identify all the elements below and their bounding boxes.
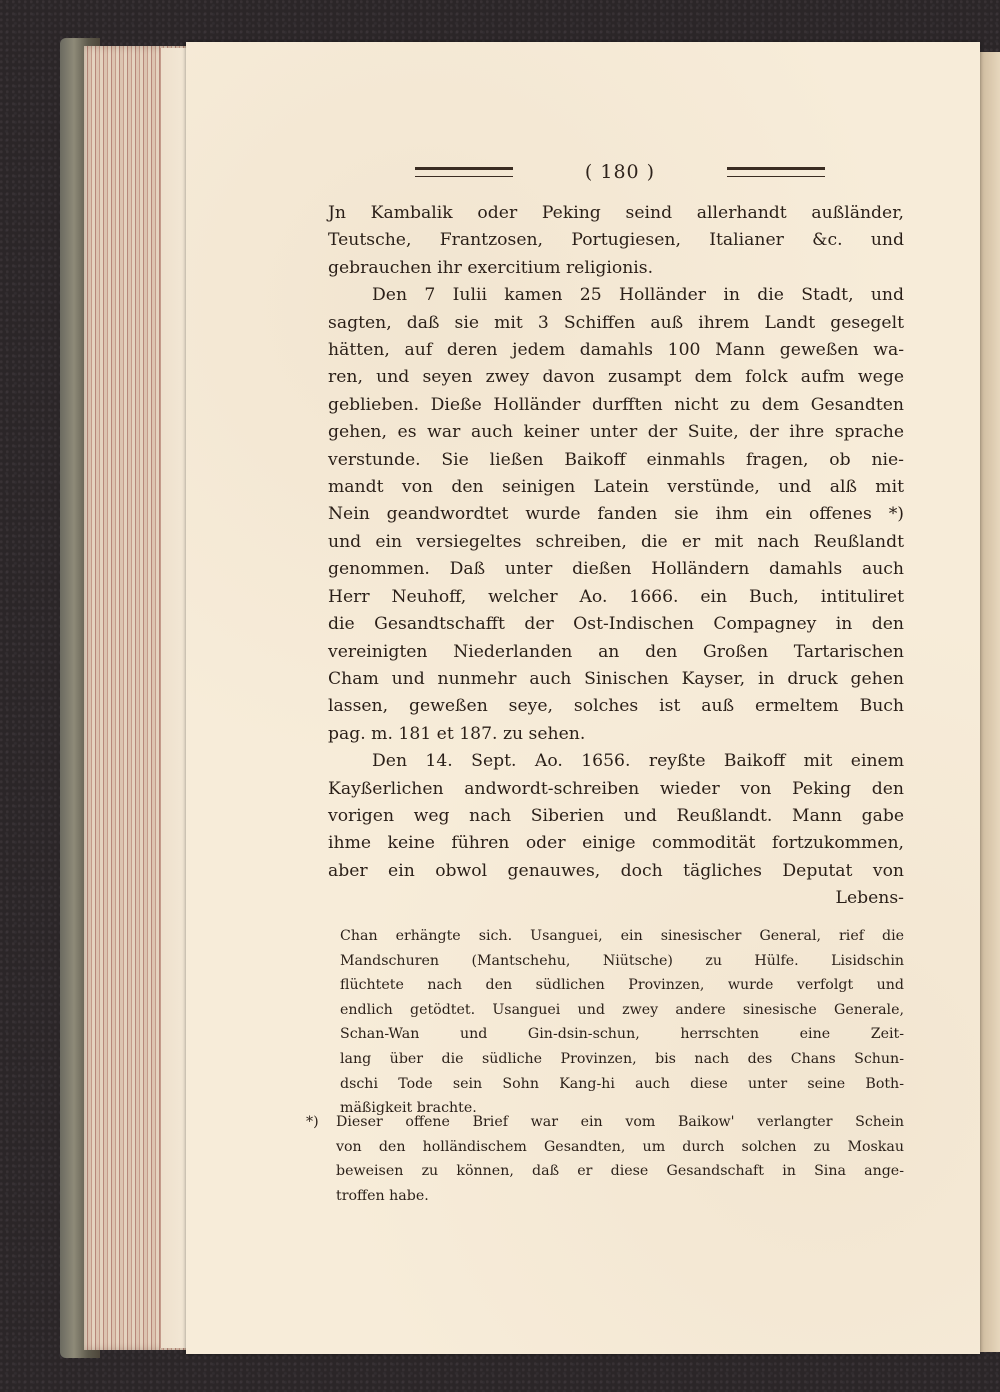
catchword: Lebens-: [328, 885, 904, 912]
text-line: sagten, daß sie mit 3 Schiffen auß ihrem…: [328, 310, 904, 337]
continued-note: Chan erhängte sich. Usanguei, ein sinesi…: [340, 924, 904, 1121]
footnote-line: Dieser offene Brief war ein vom Baikow' …: [322, 1110, 904, 1135]
header-rule-left: [415, 167, 513, 177]
text-line: Cham und nunmehr auch Sinischen Kayser, …: [328, 666, 904, 693]
text-line: verstunde. Sie ließen Baikoff einmahls f…: [328, 447, 904, 474]
text-line: mandt von den seinigen Latein verstünde,…: [328, 474, 904, 501]
header-rule-right: [727, 167, 825, 177]
paragraph-start: Den 7 Iulii kamen 25 Holländer in die St…: [328, 282, 904, 309]
text-line: genommen. Daß unter dießen Holländern da…: [328, 556, 904, 583]
page-header: ( 180 ): [415, 160, 825, 184]
note-line: Schan-Wan und Gin-dsin-schun, herrschten…: [340, 1022, 904, 1047]
text-line: die Gesandtschafft der Ost-Indischen Com…: [328, 611, 904, 638]
note-line: dschi Tode sein Sohn Kang-hi auch diese …: [340, 1072, 904, 1097]
page-number: ( 180 ): [585, 161, 655, 183]
next-leaf-edge: [978, 52, 1000, 1352]
footnote-line: beweisen zu können, daß er diese Gesands…: [322, 1159, 904, 1184]
footnote-line: troffen habe.: [322, 1184, 904, 1209]
note-line: flüchtete nach den südlichen Provinzen, …: [340, 973, 904, 998]
text-line: aber ein obwol genauwes, doch tägliches …: [328, 858, 904, 885]
text-line: lassen, geweßen seye, solches ist auß er…: [328, 693, 904, 720]
text-line: vorigen weg nach Siberien und Reußlandt.…: [328, 803, 904, 830]
footnote-marker: *): [306, 1110, 319, 1135]
page-fore-edge-light: [160, 48, 187, 1348]
text-line: und ein versiegeltes schreiben, die er m…: [328, 529, 904, 556]
text-line: ren, und seyen zwey davon zusampt dem fo…: [328, 364, 904, 391]
footnote: *) Dieser offene Brief war ein vom Baiko…: [322, 1110, 904, 1208]
note-line: Chan erhängte sich. Usanguei, ein sinesi…: [340, 924, 904, 949]
text-line: vereinigten Niederlanden an den Großen T…: [328, 639, 904, 666]
text-line: Herr Neuhoff, welcher Ao. 1666. ein Buch…: [328, 584, 904, 611]
note-line: endlich getödtet. Usanguei und zwey ande…: [340, 998, 904, 1023]
footnote-line: von den holländischem Gesandten, um durc…: [322, 1135, 904, 1160]
text-line: gehen, es war auch keiner unter der Suit…: [328, 419, 904, 446]
note-line: Mandschuren (Mantschehu, Niütsche) zu Hü…: [340, 949, 904, 974]
text-line: geblieben. Dieße Holländer durfften nich…: [328, 392, 904, 419]
text-line: Jn Kambalik oder Peking seind allerhandt…: [328, 200, 904, 227]
text-line: gebrauchen ihr exercitium religionis.: [328, 255, 904, 282]
main-text: Jn Kambalik oder Peking seind allerhandt…: [328, 200, 904, 913]
text-line: pag. m. 181 et 187. zu sehen.: [328, 721, 904, 748]
text-line: ihme keine führen oder einige commodität…: [328, 830, 904, 857]
text-line: hätten, auf deren jedem damahls 100 Mann…: [328, 337, 904, 364]
paragraph-start: Den 14. Sept. Ao. 1656. reyßte Baikoff m…: [328, 748, 904, 775]
text-line-with-footnote-ref: Nein geandwordtet wurde fanden sie ihm e…: [328, 501, 904, 528]
text-line: Kayßerlichen andwordt-schreiben wieder v…: [328, 776, 904, 803]
text-line: Teutsche, Frantzosen, Portugiesen, Itali…: [328, 227, 904, 254]
note-line: lang über die südliche Provinzen, bis na…: [340, 1047, 904, 1072]
